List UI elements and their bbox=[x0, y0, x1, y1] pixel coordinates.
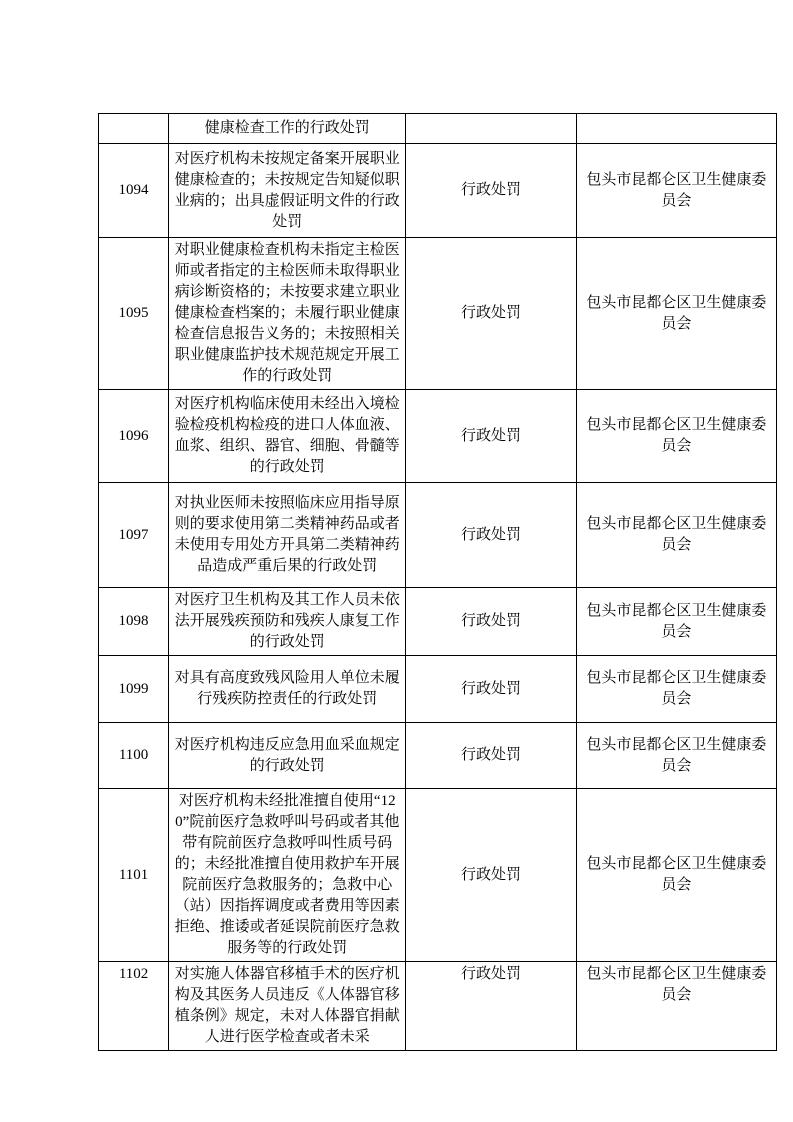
table-row: 1098 对医疗卫生机构及其工作人员未依法开展残疾预防和残疾人康复工作的行政处罚… bbox=[99, 588, 777, 656]
row-type: 行政处罚 bbox=[406, 656, 576, 723]
row-matter: 对医疗机构未经批准擅自使用“120”院前医疗急救呼叫号码或者其他带有院前医疗急救… bbox=[169, 789, 406, 962]
table-row: 1101 对医疗机构未经批准擅自使用“120”院前医疗急救呼叫号码或者其他带有院… bbox=[99, 789, 777, 962]
row-matter: 对职业健康检查机构未指定主检医师或者指定的主检医师未取得职业病诊断资格的；未按要… bbox=[169, 238, 406, 390]
row-number: 1098 bbox=[99, 588, 169, 656]
row-matter: 对医疗卫生机构及其工作人员未依法开展残疾预防和残疾人康复工作的行政处罚 bbox=[169, 588, 406, 656]
table-row: 1097 对执业医师未按照临床应用指导原则的要求使用第二类精神药品或者未使用专用… bbox=[99, 483, 777, 588]
table-row: 1100 对医疗机构违反应急用血采血规定的行政处罚 行政处罚 包头市昆都仑区卫生… bbox=[99, 723, 777, 789]
row-type: 行政处罚 bbox=[406, 588, 576, 656]
row-authority: 包头市昆都仑区卫生健康委员会 bbox=[576, 588, 776, 656]
table-row: 1096 对医疗机构临床使用未经出入境检验检疫机构检疫的进口人体血液、血浆、组织… bbox=[99, 390, 777, 483]
row-matter: 对实施人体器官移植手术的医疗机构及其医务人员违反《人体器官移植条例》规定，未对人… bbox=[169, 962, 406, 1051]
row-authority: 包头市昆都仑区卫生健康委员会 bbox=[576, 144, 776, 238]
row-number: 1101 bbox=[99, 789, 169, 962]
row-authority: 包头市昆都仑区卫生健康委员会 bbox=[576, 656, 776, 723]
table-row-pagebreak: 1102 对实施人体器官移植手术的医疗机构及其医务人员违反《人体器官移植条例》规… bbox=[99, 962, 777, 1051]
row-type: 行政处罚 bbox=[406, 962, 576, 1051]
row-type bbox=[406, 114, 576, 144]
penalty-table: 健康检查工作的行政处罚 1094 对医疗机构未按规定备案开展职业健康检查的；未按… bbox=[98, 113, 777, 1051]
row-type: 行政处罚 bbox=[406, 483, 576, 588]
row-number: 1100 bbox=[99, 723, 169, 789]
table-row: 1099 对具有高度致残风险用人单位未履行残疾防控责任的行政处罚 行政处罚 包头… bbox=[99, 656, 777, 723]
document-page: 健康检查工作的行政处罚 1094 对医疗机构未按规定备案开展职业健康检查的；未按… bbox=[0, 0, 793, 1122]
row-number: 1099 bbox=[99, 656, 169, 723]
row-type: 行政处罚 bbox=[406, 390, 576, 483]
table-row: 1094 对医疗机构未按规定备案开展职业健康检查的；未按规定告知疑似职业病的；出… bbox=[99, 144, 777, 238]
table-row: 1095 对职业健康检查机构未指定主检医师或者指定的主检医师未取得职业病诊断资格… bbox=[99, 238, 777, 390]
row-type: 行政处罚 bbox=[406, 723, 576, 789]
row-authority: 包头市昆都仑区卫生健康委员会 bbox=[576, 390, 776, 483]
table-row-continuation: 健康检查工作的行政处罚 bbox=[99, 114, 777, 144]
row-type: 行政处罚 bbox=[406, 144, 576, 238]
row-authority: 包头市昆都仑区卫生健康委员会 bbox=[576, 789, 776, 962]
row-type: 行政处罚 bbox=[406, 238, 576, 390]
row-number: 1097 bbox=[99, 483, 169, 588]
row-matter: 对执业医师未按照临床应用指导原则的要求使用第二类精神药品或者未使用专用处方开具第… bbox=[169, 483, 406, 588]
row-authority: 包头市昆都仑区卫生健康委员会 bbox=[576, 723, 776, 789]
row-authority: 包头市昆都仑区卫生健康委员会 bbox=[576, 483, 776, 588]
row-number bbox=[99, 114, 169, 144]
row-number: 1095 bbox=[99, 238, 169, 390]
row-matter: 对具有高度致残风险用人单位未履行残疾防控责任的行政处罚 bbox=[169, 656, 406, 723]
row-authority: 包头市昆都仑区卫生健康委员会 bbox=[576, 238, 776, 390]
row-type: 行政处罚 bbox=[406, 789, 576, 962]
row-matter: 对医疗机构未按规定备案开展职业健康检查的；未按规定告知疑似职业病的；出具虚假证明… bbox=[169, 144, 406, 238]
row-matter: 对医疗机构临床使用未经出入境检验检疫机构检疫的进口人体血液、血浆、组织、器官、细… bbox=[169, 390, 406, 483]
row-number: 1096 bbox=[99, 390, 169, 483]
row-number: 1094 bbox=[99, 144, 169, 238]
row-authority: 包头市昆都仑区卫生健康委员会 bbox=[576, 962, 776, 1051]
row-matter: 健康检查工作的行政处罚 bbox=[169, 114, 406, 144]
row-matter: 对医疗机构违反应急用血采血规定的行政处罚 bbox=[169, 723, 406, 789]
row-number: 1102 bbox=[99, 962, 169, 1051]
row-authority bbox=[576, 114, 776, 144]
